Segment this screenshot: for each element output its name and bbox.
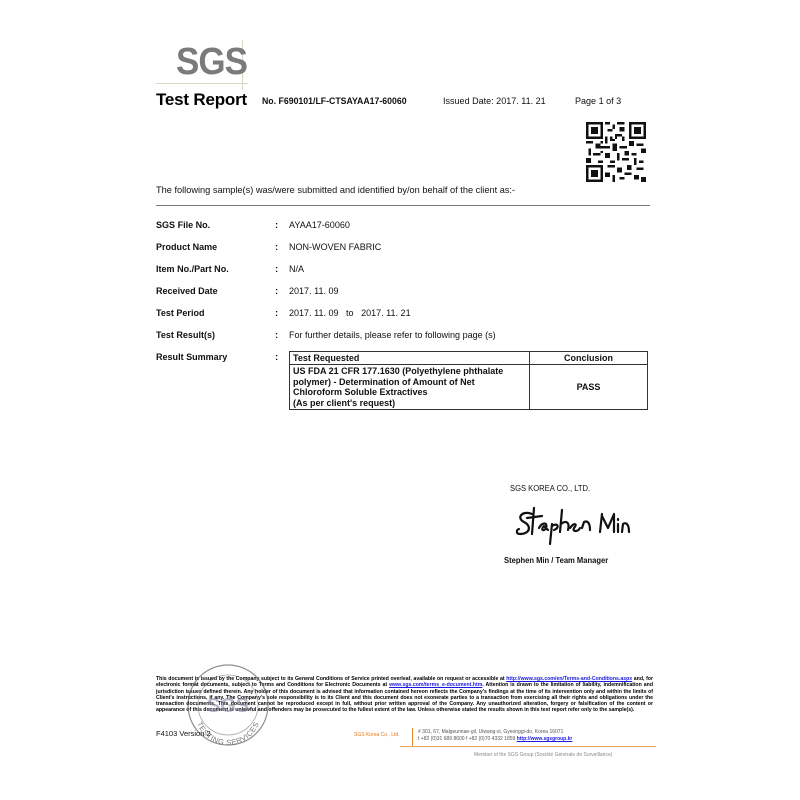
report-title: Test Report: [156, 90, 247, 110]
conclusion-cell: PASS: [530, 365, 648, 410]
handwritten-signature-icon: [512, 500, 632, 548]
table-header-row: Test Requested Conclusion: [290, 352, 648, 365]
label-result-summary: Result Summary: [156, 352, 227, 363]
value-received-date: 2017. 11. 09: [289, 286, 339, 297]
label-product-name: Product Name: [156, 242, 217, 253]
qr-code-icon: [586, 122, 646, 182]
test-line: Chloroform Soluble Extractives: [293, 387, 526, 398]
result-summary-table: Test Requested Conclusion US FDA 21 CFR …: [289, 351, 648, 410]
address-line: # 301, 67, Malgeunnae-gil, Uiwang-si, Gy…: [418, 729, 572, 736]
page-indicator: Page 1 of 3: [575, 96, 621, 107]
value-test-period: 2017. 11. 09 to 2017. 11. 21: [289, 308, 411, 319]
colon: :: [275, 242, 278, 253]
issued-date: Issued Date: 2017. 11. 21: [443, 96, 546, 107]
label-item-no: Item No./Part No.: [156, 264, 229, 275]
sgs-logo-text: SGS: [176, 42, 247, 82]
intro-statement: The following sample(s) was/were submitt…: [156, 185, 515, 196]
phone-fax: t +82 (0)31 689 8600 f +82 (0)70 4332 18…: [418, 736, 517, 742]
colon: :: [275, 352, 278, 363]
label-sgs-file-no: SGS File No.: [156, 220, 210, 231]
sgs-group-membership: Member of the SGS Group (Société Général…: [474, 752, 612, 758]
value-sgs-file-no: AYAA17-60060: [289, 220, 350, 231]
test-line: US FDA 21 CFR 177.1630 (Polyethylene pht…: [293, 366, 526, 377]
label-received-date: Received Date: [156, 286, 218, 297]
colon: :: [275, 220, 278, 231]
footer-company-name: SGS Korea Co., Ltd.: [354, 732, 400, 738]
label-test-period: Test Period: [156, 308, 204, 319]
footer-horizontal-rule: [400, 746, 656, 747]
e-document-terms-link[interactable]: www.sgs.com/terms_e-document.htm: [389, 682, 482, 688]
test-line: (As per client's request): [293, 398, 526, 409]
value-test-results: For further details, please refer to fol…: [289, 330, 496, 341]
colon: :: [275, 264, 278, 275]
logo-horizontal-rule: [156, 83, 248, 84]
test-line: polymer) - Determination of Amount of Ne…: [293, 377, 526, 388]
value-item-no: N/A: [289, 264, 304, 275]
contact-line: t +82 (0)31 689 8600 f +82 (0)70 4332 18…: [418, 736, 572, 743]
header-test-requested: Test Requested: [290, 352, 530, 365]
colon: :: [275, 330, 278, 341]
value-product-name: NON-WOVEN FABRIC: [289, 242, 381, 253]
sgsgroup-website-link[interactable]: http://www.sgsgroup.kr: [517, 736, 573, 742]
form-version: F4103 Version 2: [156, 729, 211, 738]
issuing-company: SGS KOREA CO., LTD.: [510, 484, 590, 493]
section-divider: [156, 205, 650, 206]
header-conclusion: Conclusion: [530, 352, 648, 365]
signer-name-title: Stephen Min / Team Manager: [504, 556, 608, 565]
report-number: No. F690101/LF-CTSAYAA17-60060: [262, 96, 407, 107]
colon: :: [275, 308, 278, 319]
terms-conditions-link[interactable]: http://www.sgs.com/en/Terms-and-Conditio…: [506, 676, 632, 682]
label-test-results: Test Result(s): [156, 330, 215, 341]
colon: :: [275, 286, 278, 297]
footer-vertical-rule: [412, 728, 413, 746]
svg-text:SGS: SGS: [207, 695, 249, 717]
sgs-logo: SGS: [156, 40, 246, 86]
footer-address: # 301, 67, Malgeunnae-gil, Uiwang-si, Gy…: [418, 729, 572, 743]
test-requested-cell: US FDA 21 CFR 177.1630 (Polyethylene pht…: [290, 365, 530, 410]
table-row: US FDA 21 CFR 177.1630 (Polyethylene pht…: [290, 365, 648, 410]
